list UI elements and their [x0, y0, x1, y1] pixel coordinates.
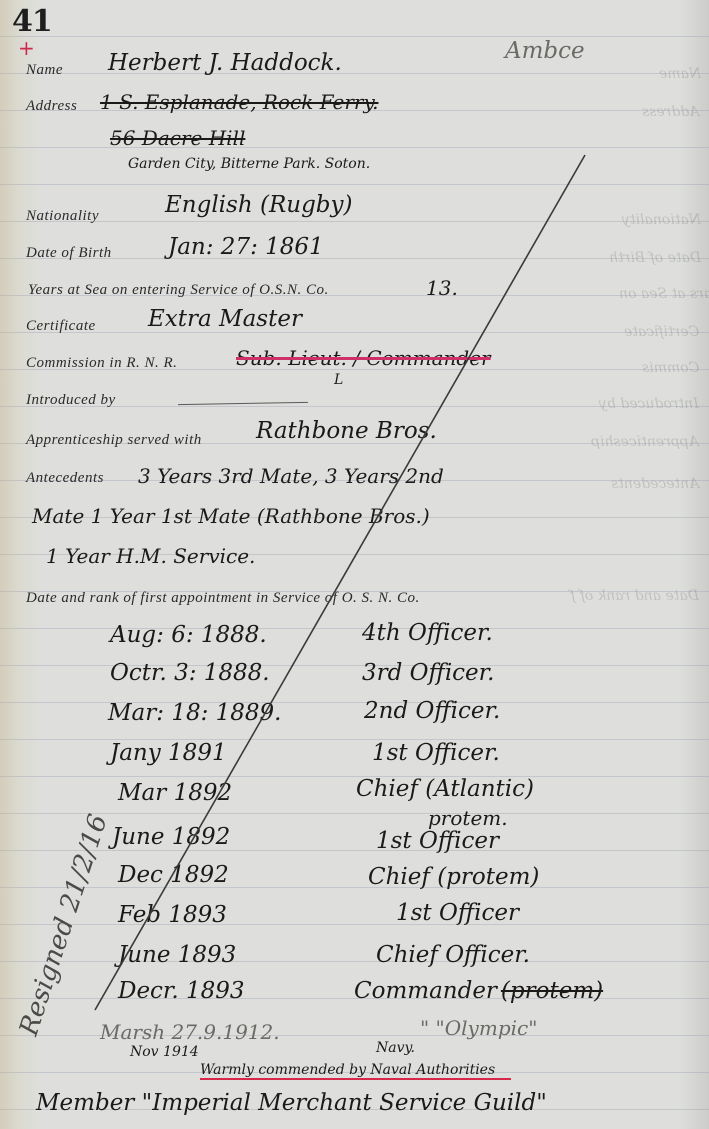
address-struck-line-1: 1 S. Esplanade, Rock Ferry.	[100, 90, 378, 114]
nationality-value: English (Rugby)	[165, 192, 352, 218]
address-struck-line-2: 56 Dacre Hill	[110, 126, 245, 150]
appointment-date: Octr. 3: 1888.	[110, 660, 270, 686]
certificate-label: Certificate	[26, 318, 96, 335]
page-number: 41	[12, 4, 52, 39]
antecedents-label: Antecedents	[26, 470, 104, 487]
address-current: Garden City, Bitterne Park. Soton.	[128, 156, 370, 172]
years-at-sea-value: 13.	[426, 276, 458, 300]
introduced-by-label: Introduced by	[26, 392, 116, 409]
appointment-date: Feb 1893	[118, 902, 227, 928]
appointment-date: Mar 1892	[118, 780, 232, 806]
ghost-label: Antecedents	[611, 476, 699, 492]
dob-value: Jan: 27: 1861	[168, 234, 324, 260]
appointment-rank-struck: (protem)	[501, 978, 603, 1004]
dob-label: Date of Birth	[26, 245, 112, 262]
appointment-rank: 2nd Officer.	[364, 698, 500, 724]
ghost-label: Certificate	[624, 324, 699, 340]
commendation-note: Warmly commended by Naval Authorities	[200, 1062, 511, 1080]
appointment-rank-continuation: protem.	[428, 806, 508, 830]
years-at-sea-label: Years at Sea on entering Service of O.S.…	[28, 282, 329, 299]
pencil-entry-date: Marsh 27.9.1912.	[100, 1020, 280, 1044]
appointment-rank: Chief Officer.	[376, 942, 530, 968]
appointments-label: Date and rank of first appointment in Se…	[26, 590, 420, 607]
ledger-page: Name Address Nationality Date of Birth Y…	[0, 0, 709, 1129]
pencil-entry-rank: Navy.	[376, 1040, 415, 1056]
appointment-rank: 4th Officer.	[362, 620, 493, 646]
appointment-rank: Chief (Atlantic)	[356, 776, 534, 802]
appointment-rank-text: Commander	[354, 978, 497, 1004]
appointment-rank: 3rd Officer.	[362, 660, 494, 686]
appointment-rank: 1st Officer	[376, 828, 499, 854]
ghost-label: Nationality	[622, 212, 701, 228]
antecedents-line-2: Mate 1 Year 1st Mate (Rathbone Bros.)	[32, 504, 430, 528]
ghost-label: Years at Sea on	[619, 286, 709, 302]
name-label: Name	[26, 62, 63, 79]
commission-insertion: L	[334, 372, 343, 388]
apprenticeship-label: Apprenticeship served with	[26, 432, 202, 449]
resigned-margin-note: Resigned 21/2/16	[14, 811, 114, 1040]
appointment-rank: Commander (protem)	[354, 978, 603, 1004]
appointment-rank: Chief (protem)	[368, 864, 539, 890]
ghost-label: Commis	[642, 360, 699, 376]
membership-note: Member "Imperial Merchant Service Guild"	[36, 1090, 547, 1116]
pencil-entry-rank: " "Olympic"	[420, 1016, 537, 1040]
introduced-by-blank-line	[178, 402, 308, 405]
appointment-date: Dec 1892	[118, 862, 229, 888]
ghost-label: Apprenticeship	[591, 434, 699, 450]
ghost-label: Name	[659, 66, 701, 82]
ghost-label: Date of Birth	[609, 250, 701, 266]
name-annotation: Ambce	[505, 38, 585, 64]
appointment-date: Decr. 1893	[118, 978, 245, 1004]
appointment-rank: 1st Officer.	[372, 740, 500, 766]
antecedents-line-1: 3 Years 3rd Mate, 3 Years 2nd	[138, 464, 444, 488]
address-label: Address	[26, 98, 77, 115]
apprenticeship-value: Rathbone Bros.	[256, 418, 437, 444]
appointment-date: June 1893	[118, 942, 236, 968]
certificate-value: Extra Master	[148, 306, 302, 332]
commission-struck-value: Sub. Lieut. / Commander	[236, 346, 491, 370]
appointment-date: Mar: 18: 1889.	[108, 700, 282, 726]
pencil-entry-date: Nov 1914	[130, 1044, 199, 1060]
ghost-label: Introduced by	[599, 396, 699, 412]
appointment-rank: 1st Officer	[396, 900, 519, 926]
nationality-label: Nationality	[26, 208, 99, 225]
appointment-date: Jany 1891	[110, 740, 227, 766]
commission-label: Commission in R. N. R.	[26, 355, 177, 372]
appointment-date: June 1892	[112, 824, 230, 850]
appointment-date: Aug: 6: 1888.	[110, 622, 267, 648]
antecedents-line-3: 1 Year H.M. Service.	[46, 544, 255, 568]
red-cross-mark: +	[18, 38, 35, 58]
ghost-label: Address	[642, 104, 699, 120]
ghost-label: Date and rank of f	[570, 588, 699, 604]
name-value: Herbert J. Haddock.	[108, 50, 342, 76]
